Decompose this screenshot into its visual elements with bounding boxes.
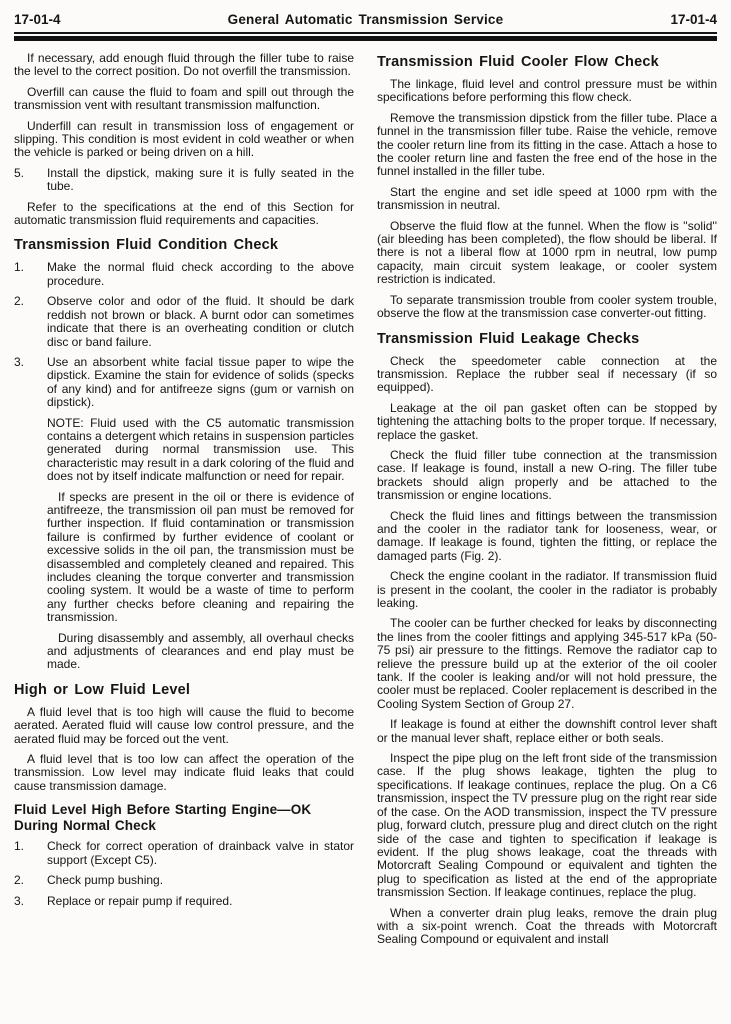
paragraph: To separate transmission trouble from co… [377,294,717,321]
paragraph: The cooler can be further checked for le… [377,617,717,711]
right-column: Transmission Fluid Cooler Flow Check The… [377,52,717,954]
list-item-text: Check for correct operation of drainback… [47,840,354,867]
paragraph: Leakage at the oil pan gasket often can … [377,402,717,442]
list-item: 1. Check for correct operation of drainb… [14,840,354,867]
list-item: 5. Install the dipstick, making sure it … [14,167,354,194]
paragraph: Start the engine and set idle speed at 1… [377,186,717,213]
page-header: 17-01-4 General Automatic Transmission S… [14,8,717,32]
manual-page: 17-01-4 General Automatic Transmission S… [0,0,731,1024]
paragraph: Refer to the specifications at the end o… [14,201,354,228]
header-rule-thick [14,36,717,41]
list-item-text: Make the normal fluid check according to… [47,261,354,288]
list-item-number: 3. [14,895,47,908]
list-item: 3. Use an absorbent white facial tissue … [14,356,354,410]
list-item-text: Check pump bushing. [47,874,354,887]
paragraph: The linkage, fluid level and control pre… [377,78,717,105]
paragraph: Check the fluid filler tube connection a… [377,449,717,503]
two-column-body: If necessary, add enough fluid through t… [14,52,717,954]
section-heading: Transmission Fluid Cooler Flow Check [377,54,717,70]
list-item: 2. Observe color and odor of the fluid. … [14,295,354,349]
paragraph: Check the engine coolant in the radiator… [377,570,717,610]
paragraph: Underfill can result in transmission los… [14,120,354,160]
list-item-number: 5. [14,167,47,194]
section-heading: Transmission Fluid Condition Check [14,237,354,253]
paragraph: A fluid level that is too high will caus… [14,706,354,746]
list-item-text: Install the dipstick, making sure it is … [47,167,354,194]
list-item-text: Use an absorbent white facial tissue pap… [47,356,354,410]
note-paragraph: NOTE: Fluid used with the C5 automatic t… [47,417,354,484]
paragraph: Check the fluid lines and fittings betwe… [377,510,717,564]
paragraph: A fluid level that is too low can affect… [14,753,354,793]
paragraph: Check the speedometer cable connection a… [377,355,717,395]
paragraph: Observe the fluid flow at the funnel. Wh… [377,220,717,287]
list-item-text: Replace or repair pump if required. [47,895,354,908]
page-number-right: 17-01-4 [670,12,717,27]
list-item-number: 1. [14,840,47,867]
paragraph: Inspect the pipe plug on the left front … [377,752,717,899]
paragraph: If leakage is found at either the downsh… [377,718,717,745]
indented-paragraph: During disassembly and assembly, all ove… [47,632,354,672]
list-item: 2. Check pump bushing. [14,874,354,887]
paragraph: Overfill can cause the fluid to foam and… [14,86,354,113]
list-item-number: 3. [14,356,47,410]
indented-paragraph: If specks are present in the oil or ther… [47,491,354,625]
list-item-number: 1. [14,261,47,288]
left-column: If necessary, add enough fluid through t… [14,52,354,954]
paragraph: If necessary, add enough fluid through t… [14,52,354,79]
subsection-heading: Fluid Level High Before Starting Engine—… [14,802,354,833]
list-item: 1. Make the normal fluid check according… [14,261,354,288]
page-number-left: 17-01-4 [14,12,61,27]
page-title: General Automatic Transmission Service [228,12,504,27]
list-item-text: Observe color and odor of the fluid. It … [47,295,354,349]
list-item-number: 2. [14,295,47,349]
paragraph: Remove the transmission dipstick from th… [377,112,717,179]
list-item-number: 2. [14,874,47,887]
paragraph: When a converter drain plug leaks, remov… [377,907,717,947]
list-item: 3. Replace or repair pump if required. [14,895,354,908]
section-heading: High or Low Fluid Level [14,682,354,698]
section-heading: Transmission Fluid Leakage Checks [377,331,717,347]
